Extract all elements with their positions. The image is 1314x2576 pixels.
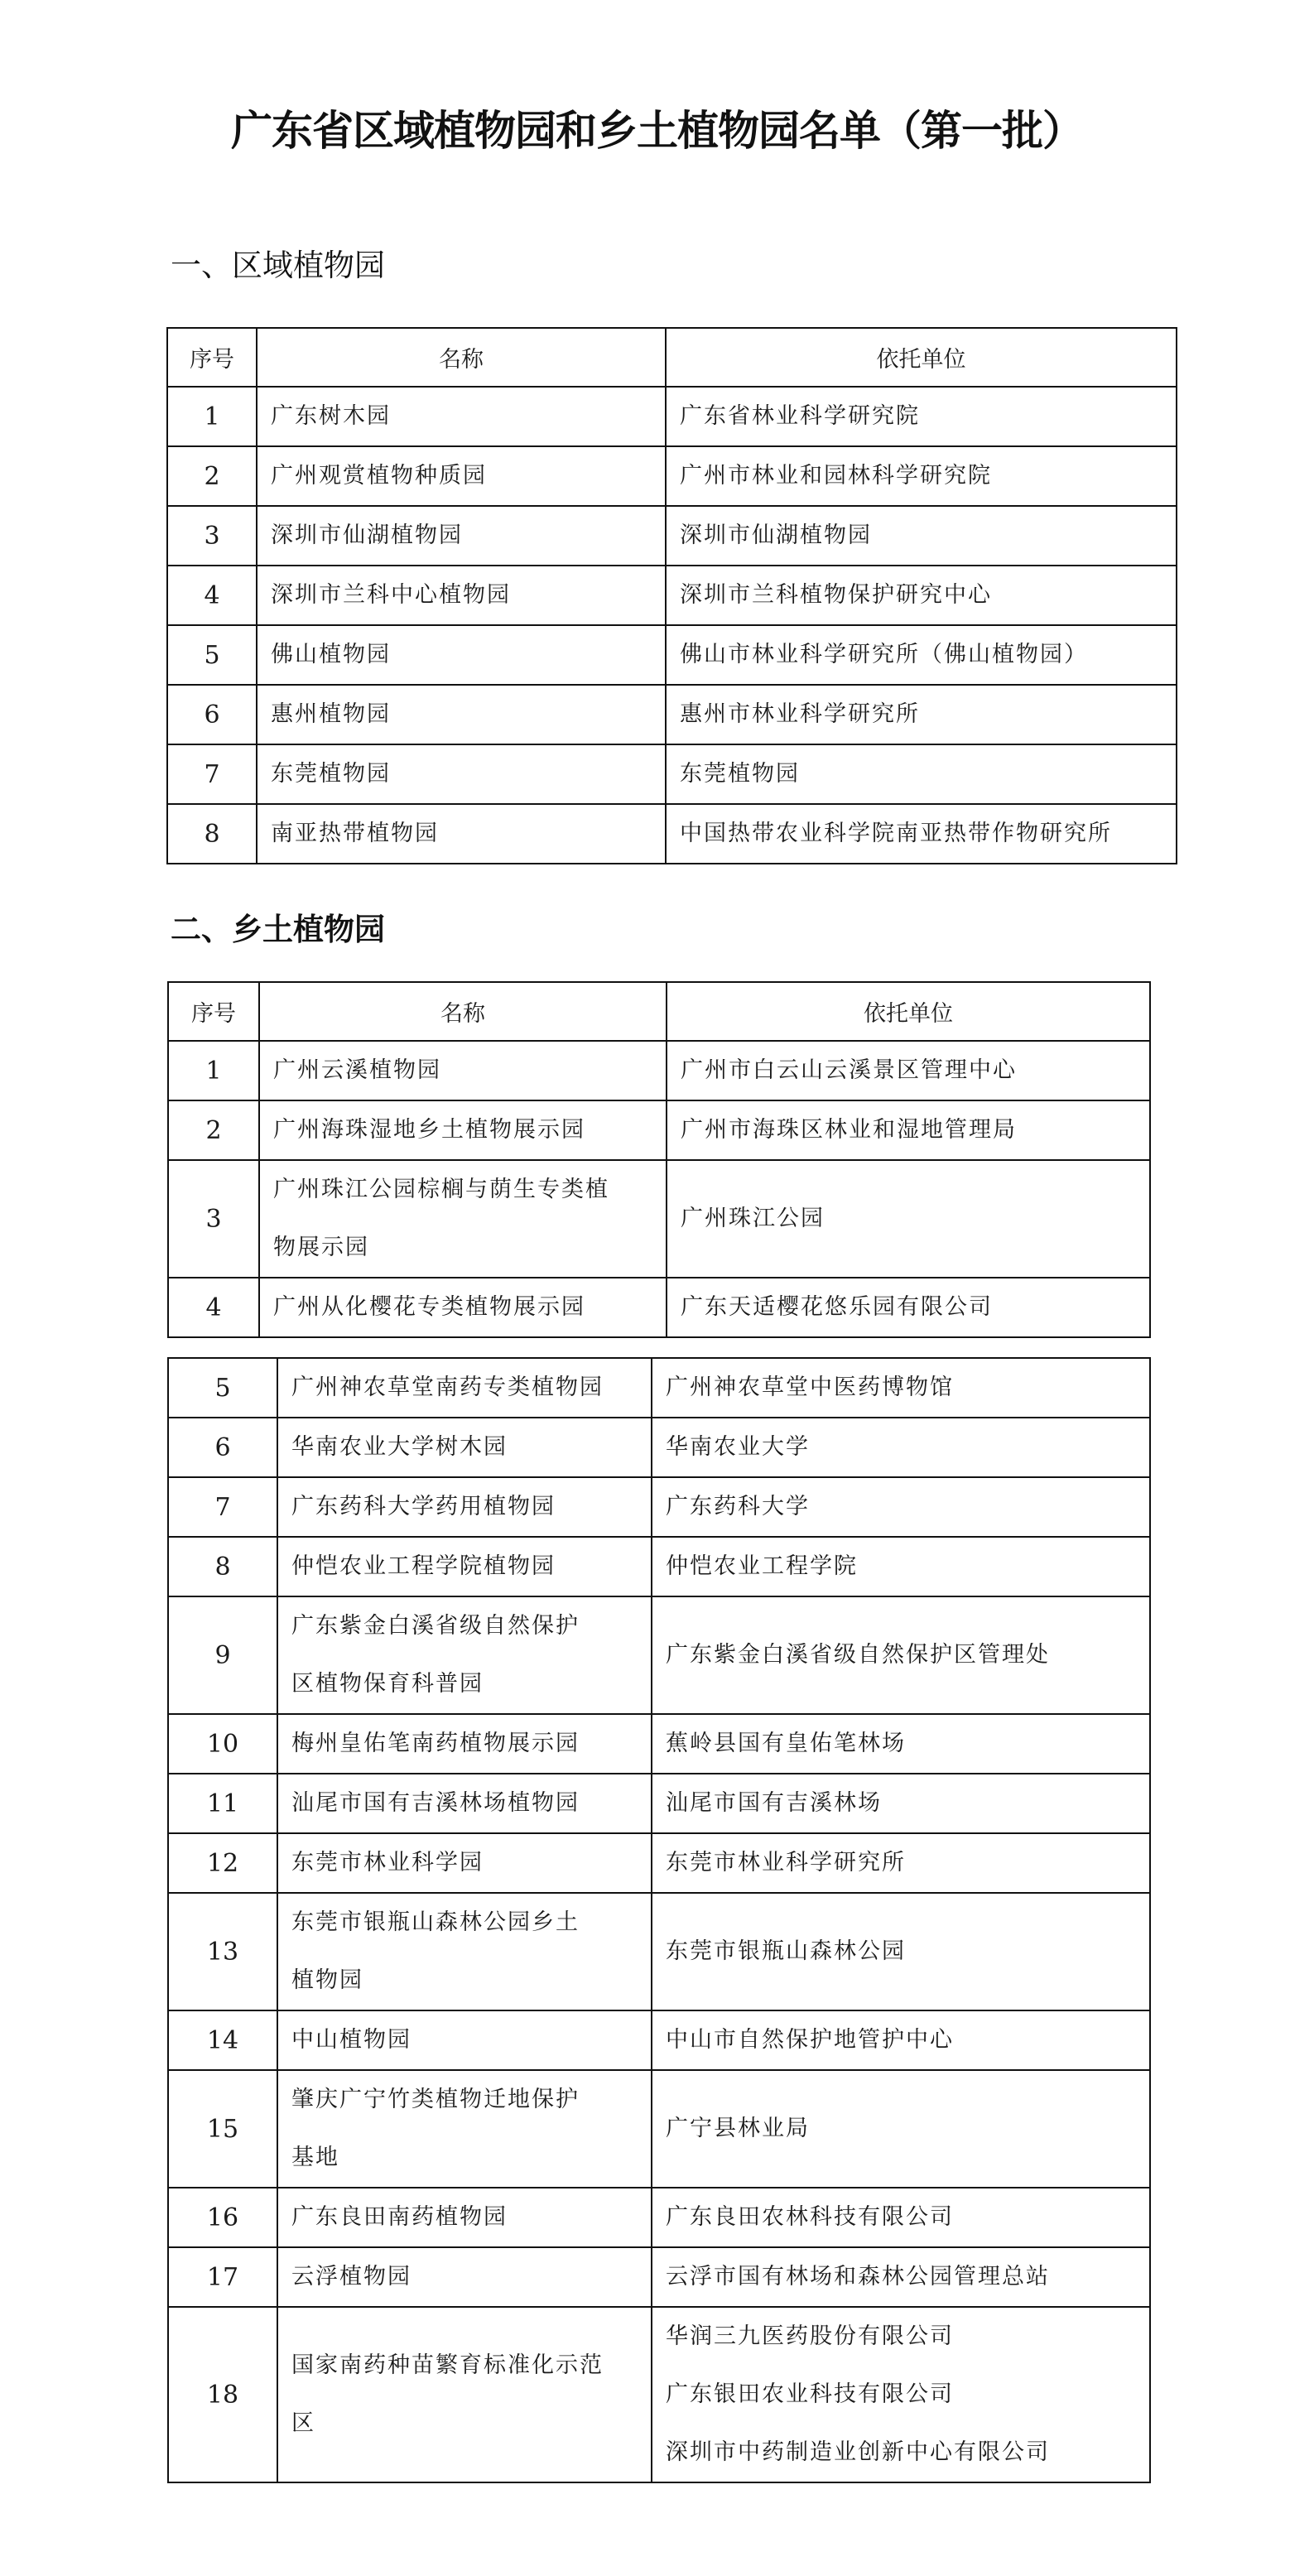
garden-name: 梅州皇佑笔南药植物展示园 [291,1715,644,1773]
garden-name: 基地 [291,2129,644,2187]
garden-name: 深圳市仙湖植物园 [271,507,658,565]
regional-gardens-table: 序号 名称 依托单位 1广东树木园广东省林业科学研究院2广州观赏植物种质园广州市… [166,327,1177,864]
host-unit-cell: 华南农业大学 [652,1418,1150,1477]
host-unit: 深圳市中药制造业创新中心有限公司 [666,2424,1143,2482]
table-row: 8仲恺农业工程学院植物园仲恺农业工程学院 [168,1537,1150,1596]
table-row: 17云浮植物园云浮市国有林场和森林公园管理总站 [168,2247,1150,2307]
garden-name: 区植物保育科普园 [291,1655,644,1713]
table-header-row: 序号 名称 依托单位 [168,982,1150,1041]
host-unit: 蕉岭县国有皇佑笔林场 [666,1715,1143,1773]
table-row: 9广东紫金白溪省级自然保护区植物保育科普园广东紫金白溪省级自然保护区管理处 [168,1596,1150,1714]
row-number: 5 [167,625,257,685]
table-row: 2广州观赏植物种质园广州市林业和园林科学研究院 [167,446,1177,506]
garden-name: 汕尾市国有吉溪林场植物园 [291,1774,644,1832]
garden-name-cell: 广州从化樱花专类植物展示园 [259,1278,667,1337]
table-row: 18国家南药种苗繁育标准化示范区华润三九医药股份有限公司广东银田农业科技有限公司… [168,2307,1150,2482]
garden-name: 东莞市林业科学园 [291,1834,644,1892]
row-number: 3 [167,506,257,566]
garden-name: 中山植物园 [291,2011,644,2069]
garden-name: 仲恺农业工程学院植物园 [291,1538,644,1596]
host-unit: 广州珠江公园 [681,1190,1143,1248]
row-number: 1 [168,1041,259,1100]
row-number: 10 [168,1714,277,1774]
garden-name: 广东树木园 [271,388,658,445]
section-heading-regional: 一、区域植物园 [171,240,385,285]
garden-name: 深圳市兰科中心植物园 [271,566,658,624]
host-unit-cell: 广东良田农林科技有限公司 [652,2188,1150,2247]
host-unit-cell: 广东紫金白溪省级自然保护区管理处 [652,1596,1150,1714]
garden-name: 广州观赏植物种质园 [271,447,658,505]
garden-name-cell: 广州海珠湿地乡土植物展示园 [259,1100,667,1160]
table-row: 3深圳市仙湖植物园深圳市仙湖植物园 [167,506,1177,566]
row-number: 12 [168,1833,277,1893]
garden-name-cell: 云浮植物园 [277,2247,652,2307]
host-unit-cell: 华润三九医药股份有限公司广东银田农业科技有限公司深圳市中药制造业创新中心有限公司 [652,2307,1150,2482]
row-number: 1 [167,387,257,446]
garden-name-cell: 广州珠江公园棕榈与荫生专类植物展示园 [259,1160,667,1278]
garden-name-cell: 仲恺农业工程学院植物园 [277,1537,652,1596]
garden-name: 广州云溪植物园 [273,1042,659,1100]
column-header-number: 序号 [168,982,259,1041]
host-unit: 广东良田农林科技有限公司 [666,2188,1143,2246]
garden-name-cell: 梅州皇佑笔南药植物展示园 [277,1714,652,1774]
table-row: 4深圳市兰科中心植物园深圳市兰科植物保护研究中心 [167,566,1177,625]
host-unit-cell: 东莞植物园 [666,744,1177,804]
garden-name: 广州神农草堂南药专类植物园 [291,1359,644,1417]
host-unit: 广东银田农业科技有限公司 [666,2366,1143,2424]
host-unit-cell: 东莞市林业科学研究所 [652,1833,1150,1893]
garden-name-cell: 南亚热带植物园 [257,804,666,864]
table-row: 6华南农业大学树木园华南农业大学 [168,1418,1150,1477]
table-row: 5佛山植物园佛山市林业科学研究所（佛山植物园） [167,625,1177,685]
table-row: 14中山植物园中山市自然保护地管护中心 [168,2010,1150,2070]
table-row: 1广东树木园广东省林业科学研究院 [167,387,1177,446]
host-unit-cell: 深圳市仙湖植物园 [666,506,1177,566]
column-header-unit: 依托单位 [667,982,1150,1041]
host-unit: 广州神农草堂中医药博物馆 [666,1359,1143,1417]
garden-name: 植物园 [291,1952,644,2010]
row-number: 8 [167,804,257,864]
row-number: 15 [168,2070,277,2188]
host-unit-cell: 佛山市林业科学研究所（佛山植物园） [666,625,1177,685]
row-number: 5 [168,1358,277,1418]
garden-name: 广东药科大学药用植物园 [291,1478,644,1536]
host-unit: 东莞市银瓶山森林公园 [666,1923,1143,1981]
garden-name: 华南农业大学树木园 [291,1418,644,1476]
garden-name-cell: 东莞市银瓶山森林公园乡土植物园 [277,1893,652,2010]
garden-name-cell: 肇庆广宁竹类植物迁地保护基地 [277,2070,652,2188]
host-unit: 东莞植物园 [680,745,1169,803]
column-header-unit: 依托单位 [666,328,1177,387]
garden-name: 广州珠江公园棕榈与荫生专类植 [273,1161,659,1219]
garden-name: 佛山植物园 [271,626,658,684]
row-number: 3 [168,1160,259,1278]
host-unit: 华润三九医药股份有限公司 [666,2308,1143,2366]
host-unit-cell: 广东省林业科学研究院 [666,387,1177,446]
row-number: 4 [168,1278,259,1337]
host-unit: 惠州市林业科学研究所 [680,686,1169,744]
row-number: 4 [167,566,257,625]
table-row: 13东莞市银瓶山森林公园乡土植物园东莞市银瓶山森林公园 [168,1893,1150,2010]
host-unit-cell: 东莞市银瓶山森林公园 [652,1893,1150,2010]
table-row: 7广东药科大学药用植物园广东药科大学 [168,1477,1150,1537]
host-unit-cell: 广宁县林业局 [652,2070,1150,2188]
row-number: 7 [168,1477,277,1537]
host-unit: 广东紫金白溪省级自然保护区管理处 [666,1626,1143,1684]
table-row: 16广东良田南药植物园广东良田农林科技有限公司 [168,2188,1150,2247]
host-unit: 广州市白云山云溪景区管理中心 [681,1042,1143,1100]
table-row: 7东莞植物园东莞植物园 [167,744,1177,804]
host-unit-cell: 广东药科大学 [652,1477,1150,1537]
garden-name-cell: 广东药科大学药用植物园 [277,1477,652,1537]
garden-name-cell: 广州云溪植物园 [259,1041,667,1100]
row-number: 14 [168,2010,277,2070]
host-unit: 中山市自然保护地管护中心 [666,2011,1143,2069]
row-number: 7 [167,744,257,804]
row-number: 2 [168,1100,259,1160]
row-number: 6 [168,1418,277,1477]
host-unit: 东莞市林业科学研究所 [666,1834,1143,1892]
garden-name: 区 [291,2395,644,2453]
garden-name-cell: 广东树木园 [257,387,666,446]
table-row: 15肇庆广宁竹类植物迁地保护基地广宁县林业局 [168,2070,1150,2188]
native-gardens-table: 序号 名称 依托单位 1广州云溪植物园广州市白云山云溪景区管理中心2广州海珠湿地… [167,981,1151,1338]
garden-name: 广东良田南药植物园 [291,2188,644,2246]
row-number: 11 [168,1774,277,1833]
garden-name-cell: 深圳市兰科中心植物园 [257,566,666,625]
host-unit-cell: 云浮市国有林场和森林公园管理总站 [652,2247,1150,2307]
host-unit: 云浮市国有林场和森林公园管理总站 [666,2248,1143,2306]
garden-name-cell: 国家南药种苗繁育标准化示范区 [277,2307,652,2482]
host-unit: 汕尾市国有吉溪林场 [666,1774,1143,1832]
garden-name: 广东紫金白溪省级自然保护 [291,1597,644,1655]
column-header-number: 序号 [167,328,257,387]
host-unit-cell: 广州市林业和园林科学研究院 [666,446,1177,506]
table-row: 5广州神农草堂南药专类植物园广州神农草堂中医药博物馆 [168,1358,1150,1418]
host-unit-cell: 惠州市林业科学研究所 [666,685,1177,744]
table-row: 3广州珠江公园棕榈与荫生专类植物展示园广州珠江公园 [168,1160,1150,1278]
row-number: 9 [168,1596,277,1714]
garden-name: 南亚热带植物园 [271,805,658,863]
host-unit-cell: 蕉岭县国有皇佑笔林场 [652,1714,1150,1774]
row-number: 18 [168,2307,277,2482]
row-number: 2 [167,446,257,506]
host-unit-cell: 深圳市兰科植物保护研究中心 [666,566,1177,625]
table-row: 10梅州皇佑笔南药植物展示园蕉岭县国有皇佑笔林场 [168,1714,1150,1774]
row-number: 13 [168,1893,277,2010]
garden-name-cell: 深圳市仙湖植物园 [257,506,666,566]
garden-name-cell: 华南农业大学树木园 [277,1418,652,1477]
host-unit: 广东省林业科学研究院 [680,388,1169,445]
table-row: 1广州云溪植物园广州市白云山云溪景区管理中心 [168,1041,1150,1100]
host-unit: 深圳市兰科植物保护研究中心 [680,566,1169,624]
row-number: 6 [167,685,257,744]
garden-name-cell: 广东紫金白溪省级自然保护区植物保育科普园 [277,1596,652,1714]
host-unit: 广宁县林业局 [666,2100,1143,2158]
host-unit-cell: 中国热带农业科学院南亚热带作物研究所 [666,804,1177,864]
garden-name-cell: 惠州植物园 [257,685,666,744]
row-number: 8 [168,1537,277,1596]
garden-name: 广州海珠湿地乡土植物展示园 [273,1101,659,1159]
garden-name-cell: 东莞植物园 [257,744,666,804]
host-unit: 深圳市仙湖植物园 [680,507,1169,565]
host-unit: 仲恺农业工程学院 [666,1538,1143,1596]
garden-name: 国家南药种苗繁育标准化示范 [291,2337,644,2395]
host-unit: 华南农业大学 [666,1418,1143,1476]
column-header-name: 名称 [259,982,667,1041]
table-row: 12东莞市林业科学园东莞市林业科学研究所 [168,1833,1150,1893]
host-unit: 广州市海珠区林业和湿地管理局 [681,1101,1143,1159]
garden-name-cell: 汕尾市国有吉溪林场植物园 [277,1774,652,1833]
host-unit: 广东天适樱花悠乐园有限公司 [681,1278,1143,1336]
garden-name-cell: 广州观赏植物种质园 [257,446,666,506]
document-title: 广东省区域植物园和乡土植物园名单（第一批） [0,98,1314,157]
row-number: 17 [168,2247,277,2307]
table-header-row: 序号 名称 依托单位 [167,328,1177,387]
garden-name: 物展示园 [273,1219,659,1277]
host-unit-cell: 汕尾市国有吉溪林场 [652,1774,1150,1833]
host-unit-cell: 广州珠江公园 [667,1160,1150,1278]
table-row: 4广州从化樱花专类植物展示园广东天适樱花悠乐园有限公司 [168,1278,1150,1337]
section-heading-native: 二、乡土植物园 [171,904,385,949]
table-row: 6惠州植物园惠州市林业科学研究所 [167,685,1177,744]
host-unit-cell: 广州神农草堂中医药博物馆 [652,1358,1150,1418]
garden-name-cell: 东莞市林业科学园 [277,1833,652,1893]
host-unit-cell: 广州市海珠区林业和湿地管理局 [667,1100,1150,1160]
garden-name: 云浮植物园 [291,2248,644,2306]
host-unit-cell: 广东天适樱花悠乐园有限公司 [667,1278,1150,1337]
host-unit-cell: 中山市自然保护地管护中心 [652,2010,1150,2070]
garden-name-cell: 佛山植物园 [257,625,666,685]
table-row: 11汕尾市国有吉溪林场植物园汕尾市国有吉溪林场 [168,1774,1150,1833]
column-header-name: 名称 [257,328,666,387]
garden-name-cell: 广东良田南药植物园 [277,2188,652,2247]
host-unit: 中国热带农业科学院南亚热带作物研究所 [680,805,1169,863]
host-unit: 广东药科大学 [666,1478,1143,1536]
garden-name-cell: 中山植物园 [277,2010,652,2070]
table-row: 8南亚热带植物园中国热带农业科学院南亚热带作物研究所 [167,804,1177,864]
garden-name: 广州从化樱花专类植物展示园 [273,1278,659,1336]
garden-name-cell: 广州神农草堂南药专类植物园 [277,1358,652,1418]
host-unit: 佛山市林业科学研究所（佛山植物园） [680,626,1169,684]
garden-name: 肇庆广宁竹类植物迁地保护 [291,2071,644,2129]
host-unit-cell: 广州市白云山云溪景区管理中心 [667,1041,1150,1100]
host-unit: 广州市林业和园林科学研究院 [680,447,1169,505]
row-number: 16 [168,2188,277,2247]
host-unit-cell: 仲恺农业工程学院 [652,1537,1150,1596]
table-row: 2广州海珠湿地乡土植物展示园广州市海珠区林业和湿地管理局 [168,1100,1150,1160]
garden-name: 东莞市银瓶山森林公园乡土 [291,1894,644,1952]
garden-name: 东莞植物园 [271,745,658,803]
garden-name: 惠州植物园 [271,686,658,744]
native-gardens-table-continued: 5广州神农草堂南药专类植物园广州神农草堂中医药博物馆6华南农业大学树木园华南农业… [167,1357,1151,2483]
